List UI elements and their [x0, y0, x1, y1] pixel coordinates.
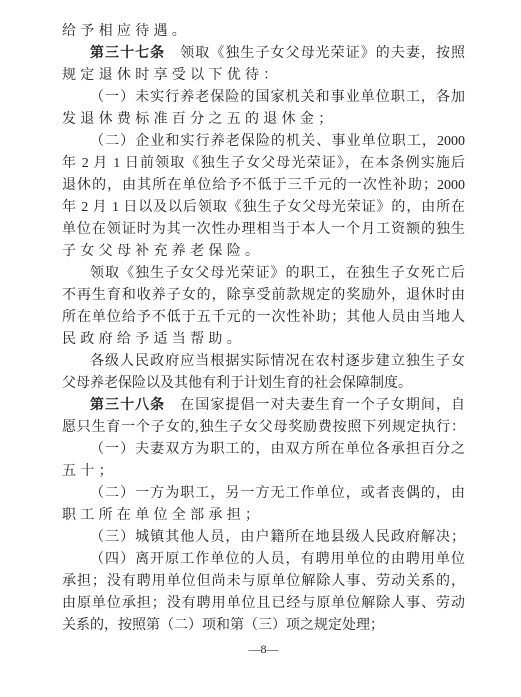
text-line: （四）离开原工作单位的人员，有聘用单位的由聘用单位: [62, 549, 465, 571]
text-line: 年 2 月 1 日以及以后领取《独生子女父母光荣证》的，由所在: [62, 197, 465, 219]
text-line: 不再生育和收养子女的，除享受前款规定的奖励外，退休时由: [62, 285, 465, 307]
line-text: 规定退休时享受以下优待：: [62, 68, 282, 83]
line-text: 关系的，按照第（二）项和第（三）项之规定处理；: [62, 618, 384, 633]
text-line: 关系的，按照第（二）项和第（三）项之规定处理；: [62, 615, 465, 637]
line-text: 年 2 月 1 日前领取《独生子女父母光荣证》，在本条例实施后: [62, 156, 465, 171]
line-text: 所在单位给予不低于五千元的一次性补助；其他人员由当地人: [62, 310, 465, 325]
text-line: 规定退休时享受以下优待：: [62, 65, 465, 87]
text-line: 领取《独生子女父母光荣证》的职工，在独生子女死亡后: [62, 263, 465, 285]
line-text: （一）未实行养老保险的国家机关和事业单位职工，各加: [90, 90, 465, 105]
text-line: 各级人民政府应当根据实际情况在农村逐步建立独生子女: [62, 351, 465, 373]
line-text: 民政府给予适当帮助。: [62, 332, 245, 347]
line-text: 单位在领证时为其一次性办理相当于本人一个月工资额的独生: [62, 222, 465, 237]
text-line: 职工所在单位全部承担；: [62, 505, 465, 527]
article-number: 第三十八条: [90, 398, 165, 413]
line-text: 各级人民政府应当根据实际情况在农村逐步建立独生子女: [90, 354, 465, 369]
document-page: 给予相应待遇。第三十七条 领取《独生子女父母光荣证》的夫妻，按照规定退休时享受以…: [0, 0, 521, 697]
line-text: （二）一方为职工，另一方无工作单位，或者丧偶的，由: [90, 486, 465, 501]
text-line: 第三十七条 领取《独生子女父母光荣证》的夫妻，按照: [62, 43, 465, 65]
text-line: （二）企业和实行养老保险的机关、事业单位职工，2000: [62, 131, 465, 153]
text-line: 所在单位给予不低于五千元的一次性补助；其他人员由当地人: [62, 307, 465, 329]
article-number: 第三十七条: [90, 46, 165, 61]
text-line: 第三十八条 在国家提倡一对夫妻生育一个子女期间，自: [62, 395, 465, 417]
text-line: 给予相应待遇。: [62, 21, 465, 43]
line-text: （三）城镇其他人员，由户籍所在地县级人民政府解决；: [90, 530, 465, 545]
line-text: 退休的，由其所在单位给予不低于三千元的一次性补助；2000: [62, 178, 465, 193]
text-line: 子女父母补充养老保险。: [62, 241, 465, 263]
text-line: 由原单位承担；没有聘用单位且已经与原单位解除人事、劳动: [62, 593, 465, 615]
line-text: 领取《独生子女父母光荣证》的夫妻，按照: [165, 46, 465, 61]
line-text: （一）夫妻双方为职工的，由双方所在单位各承担百分之: [90, 442, 465, 457]
text-line: 民政府给予适当帮助。: [62, 329, 465, 351]
line-text: 发退休费标准百分之五的退休金；: [62, 112, 337, 127]
page-number: —8—: [62, 642, 465, 656]
line-text: 不再生育和收养子女的，除享受前款规定的奖励外，退休时由: [62, 288, 465, 303]
line-text: 给予相应待遇。: [62, 24, 190, 39]
text-line: （三）城镇其他人员，由户籍所在地县级人民政府解决；: [62, 527, 465, 549]
line-text: 职工所在单位全部承担；: [62, 508, 263, 523]
text-line: 愿只生育一个子女的,独生子女父母奖励费按照下列规定执行：: [62, 417, 465, 439]
text-line: 五十；: [62, 461, 465, 483]
line-text: 年 2 月 1 日以及以后领取《独生子女父母光荣证》的，由所在: [62, 200, 465, 215]
line-text: 子女父母补充养老保险。: [62, 244, 263, 259]
line-text: （二）企业和实行养老保险的机关、事业单位职工，2000: [90, 134, 465, 149]
line-text: 愿只生育一个子女的,独生子女父母奖励费按照下列规定执行：: [62, 420, 465, 435]
line-text: 在国家提倡一对夫妻生育一个子女期间，自: [165, 398, 465, 413]
text-line: 父母养老保险以及其他有利于计划生育的社会保障制度。: [62, 373, 465, 395]
text-line: （一）未实行养老保险的国家机关和事业单位职工，各加: [62, 87, 465, 109]
line-text: 领取《独生子女父母光荣证》的职工，在独生子女死亡后: [90, 266, 465, 281]
line-text: （四）离开原工作单位的人员，有聘用单位的由聘用单位: [90, 552, 465, 567]
line-text: 由原单位承担；没有聘用单位且已经与原单位解除人事、劳动: [62, 596, 465, 611]
text-line: 退休的，由其所在单位给予不低于三千元的一次性补助；2000: [62, 175, 465, 197]
text-line: （一）夫妻双方为职工的，由双方所在单位各承担百分之: [62, 439, 465, 461]
line-text: 承担；没有聘用单位但尚未与原单位解除人事、劳动关系的，: [62, 574, 465, 589]
text-line: 发退休费标准百分之五的退休金；: [62, 109, 465, 131]
text-line: 年 2 月 1 日前领取《独生子女父母光荣证》，在本条例实施后: [62, 153, 465, 175]
text-line: 单位在领证时为其一次性办理相当于本人一个月工资额的独生: [62, 219, 465, 241]
text-line: （二）一方为职工，另一方无工作单位，或者丧偶的，由: [62, 483, 465, 505]
document-body: 给予相应待遇。第三十七条 领取《独生子女父母光荣证》的夫妻，按照规定退休时享受以…: [62, 21, 465, 637]
line-text: 五十；: [62, 464, 117, 479]
line-text: 父母养老保险以及其他有利于计划生育的社会保障制度。: [62, 376, 412, 391]
text-line: 承担；没有聘用单位但尚未与原单位解除人事、劳动关系的，: [62, 571, 465, 593]
